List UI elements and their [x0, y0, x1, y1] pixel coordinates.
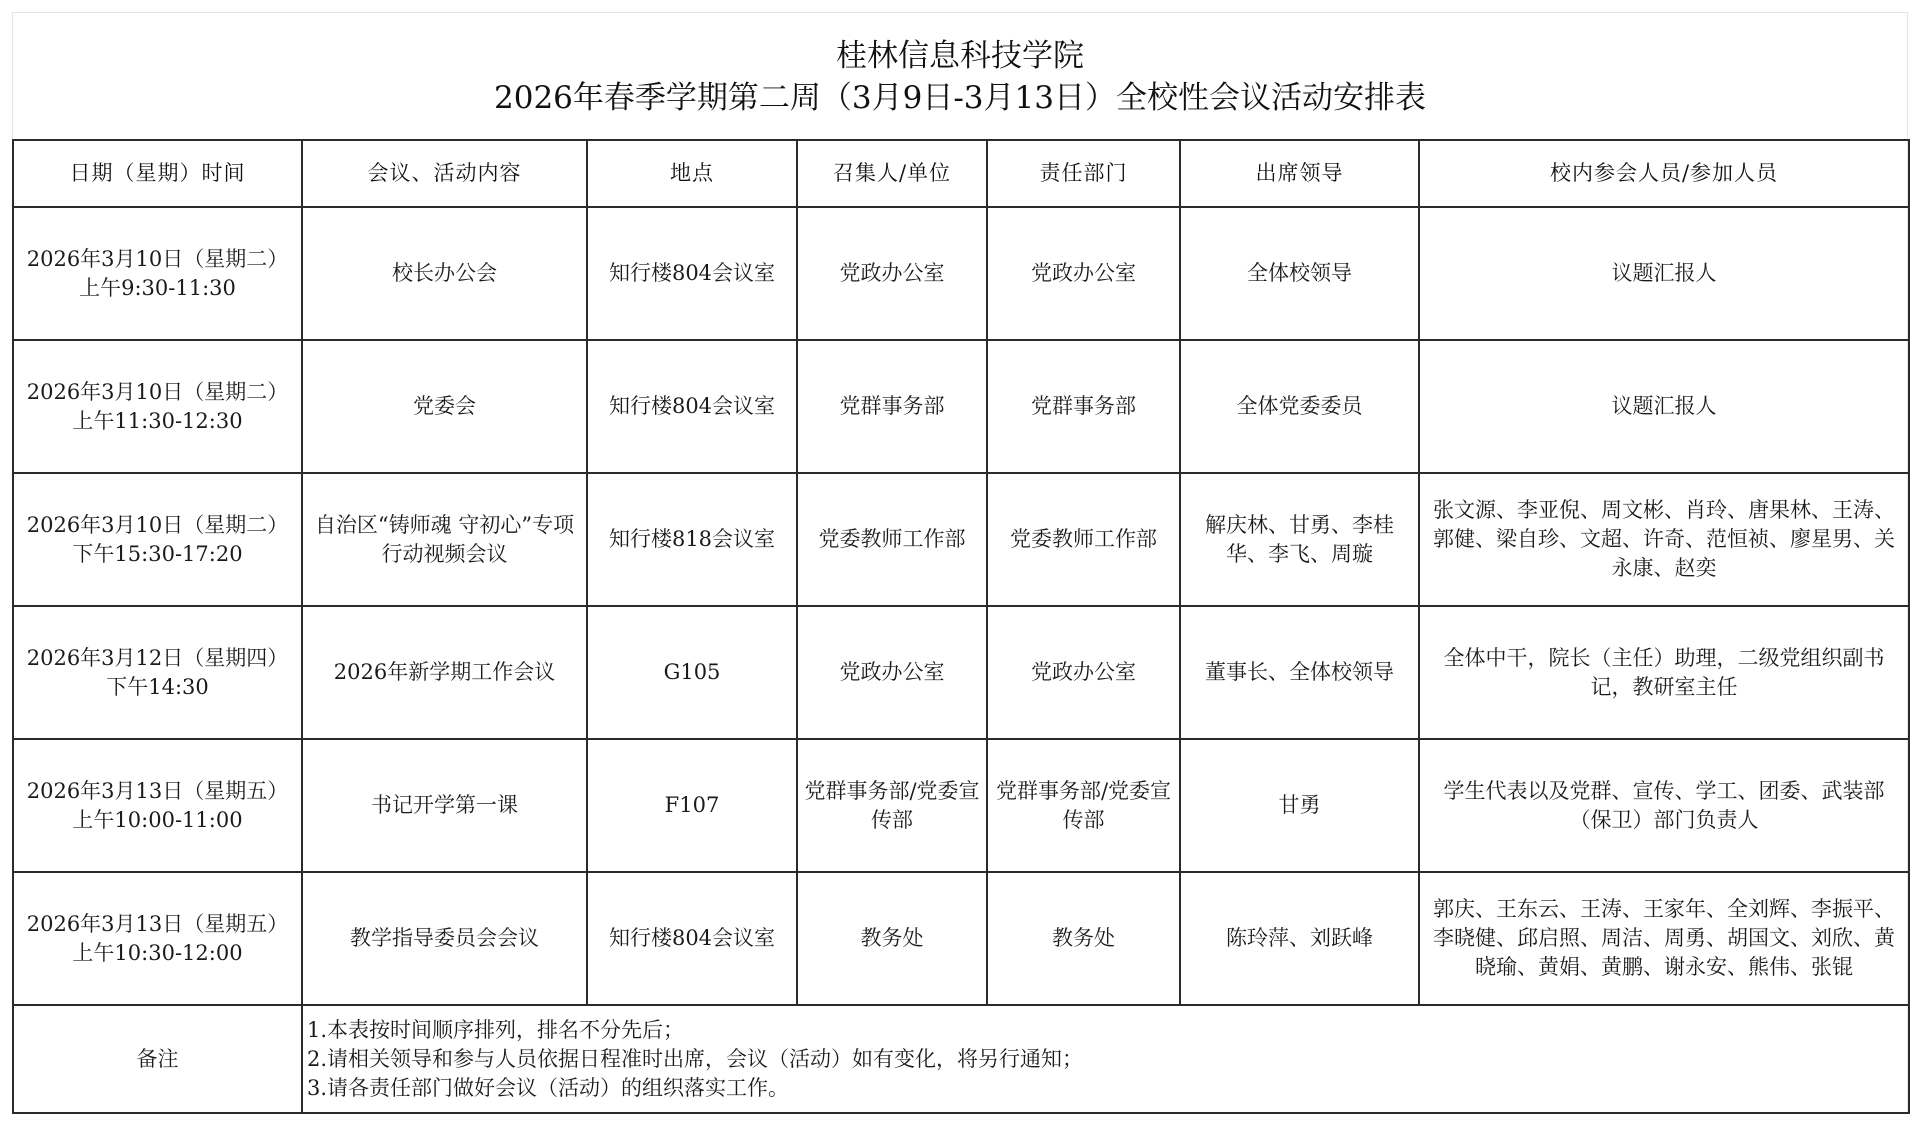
cell-leaders: 解庆林、甘勇、李桂华、李飞、周璇	[1180, 473, 1419, 606]
time-text: 下午14:30	[18, 673, 297, 702]
cell-participants: 议题汇报人	[1419, 207, 1909, 340]
table-row: 2026年3月10日（星期二） 下午15:30-17:20 自治区“铸师魂 守初…	[13, 473, 1909, 606]
time-text: 上午10:00-11:00	[18, 806, 297, 835]
date-text: 2026年3月10日（星期二）	[18, 245, 297, 274]
date-text: 2026年3月10日（星期二）	[18, 378, 297, 407]
cell-convener: 党群事务部	[797, 340, 987, 473]
cell-participants: 全体中干，院长（主任）助理，二级党组织副书记，教研室主任	[1419, 606, 1909, 739]
table-row: 2026年3月12日（星期四） 下午14:30 2026年新学期工作会议 G10…	[13, 606, 1909, 739]
cell-location: G105	[587, 606, 797, 739]
cell-responsible: 党群事务部/党委宣传部	[987, 739, 1180, 872]
header-leaders: 出席领导	[1180, 140, 1419, 207]
notes-label: 备注	[13, 1005, 302, 1113]
cell-responsible: 党政办公室	[987, 207, 1180, 340]
note-item: 3.请各责任部门做好会议（活动）的组织落实工作。	[307, 1074, 1904, 1103]
table-row: 2026年3月13日（星期五） 上午10:00-11:00 书记开学第一课 F1…	[13, 739, 1909, 872]
cell-leaders: 全体党委委员	[1180, 340, 1419, 473]
schedule-table: 日期（星期）时间 会议、活动内容 地点 召集人/单位 责任部门 出席领导 校内参…	[12, 139, 1910, 1114]
cell-location: 知行楼804会议室	[587, 872, 797, 1005]
cell-date-time: 2026年3月10日（星期二） 上午11:30-12:30	[13, 340, 302, 473]
time-text: 上午9:30-11:30	[18, 274, 297, 303]
table-row: 2026年3月13日（星期五） 上午10:30-12:00 教学指导委员会会议 …	[13, 872, 1909, 1005]
cell-responsible: 党政办公室	[987, 606, 1180, 739]
header-location: 地点	[587, 140, 797, 207]
cell-date-time: 2026年3月13日（星期五） 上午10:30-12:00	[13, 872, 302, 1005]
cell-content: 校长办公会	[302, 207, 587, 340]
header-date-time: 日期（星期）时间	[13, 140, 302, 207]
time-text: 下午15:30-17:20	[18, 540, 297, 569]
date-text: 2026年3月13日（星期五）	[18, 910, 297, 939]
cell-location: 知行楼818会议室	[587, 473, 797, 606]
cell-content: 党委会	[302, 340, 587, 473]
cell-location: F107	[587, 739, 797, 872]
time-text: 上午11:30-12:30	[18, 407, 297, 436]
cell-date-time: 2026年3月10日（星期二） 上午9:30-11:30	[13, 207, 302, 340]
date-text: 2026年3月10日（星期二）	[18, 511, 297, 540]
cell-date-time: 2026年3月13日（星期五） 上午10:00-11:00	[13, 739, 302, 872]
cell-convener: 党政办公室	[797, 606, 987, 739]
cell-date-time: 2026年3月10日（星期二） 下午15:30-17:20	[13, 473, 302, 606]
header-responsible-dept: 责任部门	[987, 140, 1180, 207]
cell-date-time: 2026年3月12日（星期四） 下午14:30	[13, 606, 302, 739]
date-text: 2026年3月13日（星期五）	[18, 777, 297, 806]
notes-row: 备注 1.本表按时间顺序排列，排名不分先后； 2.请相关领导和参与人员依据日程准…	[13, 1005, 1909, 1113]
cell-convener: 教务处	[797, 872, 987, 1005]
cell-convener: 党委教师工作部	[797, 473, 987, 606]
header-content: 会议、活动内容	[302, 140, 587, 207]
table-row: 2026年3月10日（星期二） 上午9:30-11:30 校长办公会 知行楼80…	[13, 207, 1909, 340]
cell-responsible: 党群事务部	[987, 340, 1180, 473]
note-item: 1.本表按时间顺序排列，排名不分先后；	[307, 1016, 1904, 1045]
cell-participants: 学生代表以及党群、宣传、学工、团委、武装部（保卫）部门负责人	[1419, 739, 1909, 872]
cell-location: 知行楼804会议室	[587, 207, 797, 340]
cell-participants: 张文源、李亚倪、周文彬、肖玲、唐果林、王涛、郭健、梁自珍、文超、许奇、范恒祯、廖…	[1419, 473, 1909, 606]
document-title: 桂林信息科技学院 2026年春季学期第二周（3月9日-3月13日）全校性会议活动…	[12, 12, 1908, 139]
cell-leaders: 甘勇	[1180, 739, 1419, 872]
schedule-title: 2026年春季学期第二周（3月9日-3月13日）全校性会议活动安排表	[12, 78, 1908, 118]
note-item: 2.请相关领导和参与人员依据日程准时出席，会议（活动）如有变化，将另行通知；	[307, 1045, 1904, 1074]
cell-convener: 党政办公室	[797, 207, 987, 340]
cell-content: 教学指导委员会会议	[302, 872, 587, 1005]
notes-content: 1.本表按时间顺序排列，排名不分先后； 2.请相关领导和参与人员依据日程准时出席…	[302, 1005, 1909, 1113]
table-row: 2026年3月10日（星期二） 上午11:30-12:30 党委会 知行楼804…	[13, 340, 1909, 473]
cell-content: 自治区“铸师魂 守初心”专项行动视频会议	[302, 473, 587, 606]
cell-content: 2026年新学期工作会议	[302, 606, 587, 739]
cell-location: 知行楼804会议室	[587, 340, 797, 473]
header-row: 日期（星期）时间 会议、活动内容 地点 召集人/单位 责任部门 出席领导 校内参…	[13, 140, 1909, 207]
cell-responsible: 教务处	[987, 872, 1180, 1005]
date-text: 2026年3月12日（星期四）	[18, 644, 297, 673]
cell-responsible: 党委教师工作部	[987, 473, 1180, 606]
cell-convener: 党群事务部/党委宣传部	[797, 739, 987, 872]
cell-content: 书记开学第一课	[302, 739, 587, 872]
time-text: 上午10:30-12:00	[18, 939, 297, 968]
cell-participants: 郭庆、王东云、王涛、王家年、全刘辉、李振平、李晓健、邱启照、周洁、周勇、胡国文、…	[1419, 872, 1909, 1005]
institution-title: 桂林信息科技学院	[12, 36, 1908, 76]
header-participants: 校内参会人员/参加人员	[1419, 140, 1909, 207]
header-convener: 召集人/单位	[797, 140, 987, 207]
cell-leaders: 董事长、全体校领导	[1180, 606, 1419, 739]
cell-leaders: 全体校领导	[1180, 207, 1419, 340]
cell-leaders: 陈玲萍、刘跃峰	[1180, 872, 1419, 1005]
cell-participants: 议题汇报人	[1419, 340, 1909, 473]
